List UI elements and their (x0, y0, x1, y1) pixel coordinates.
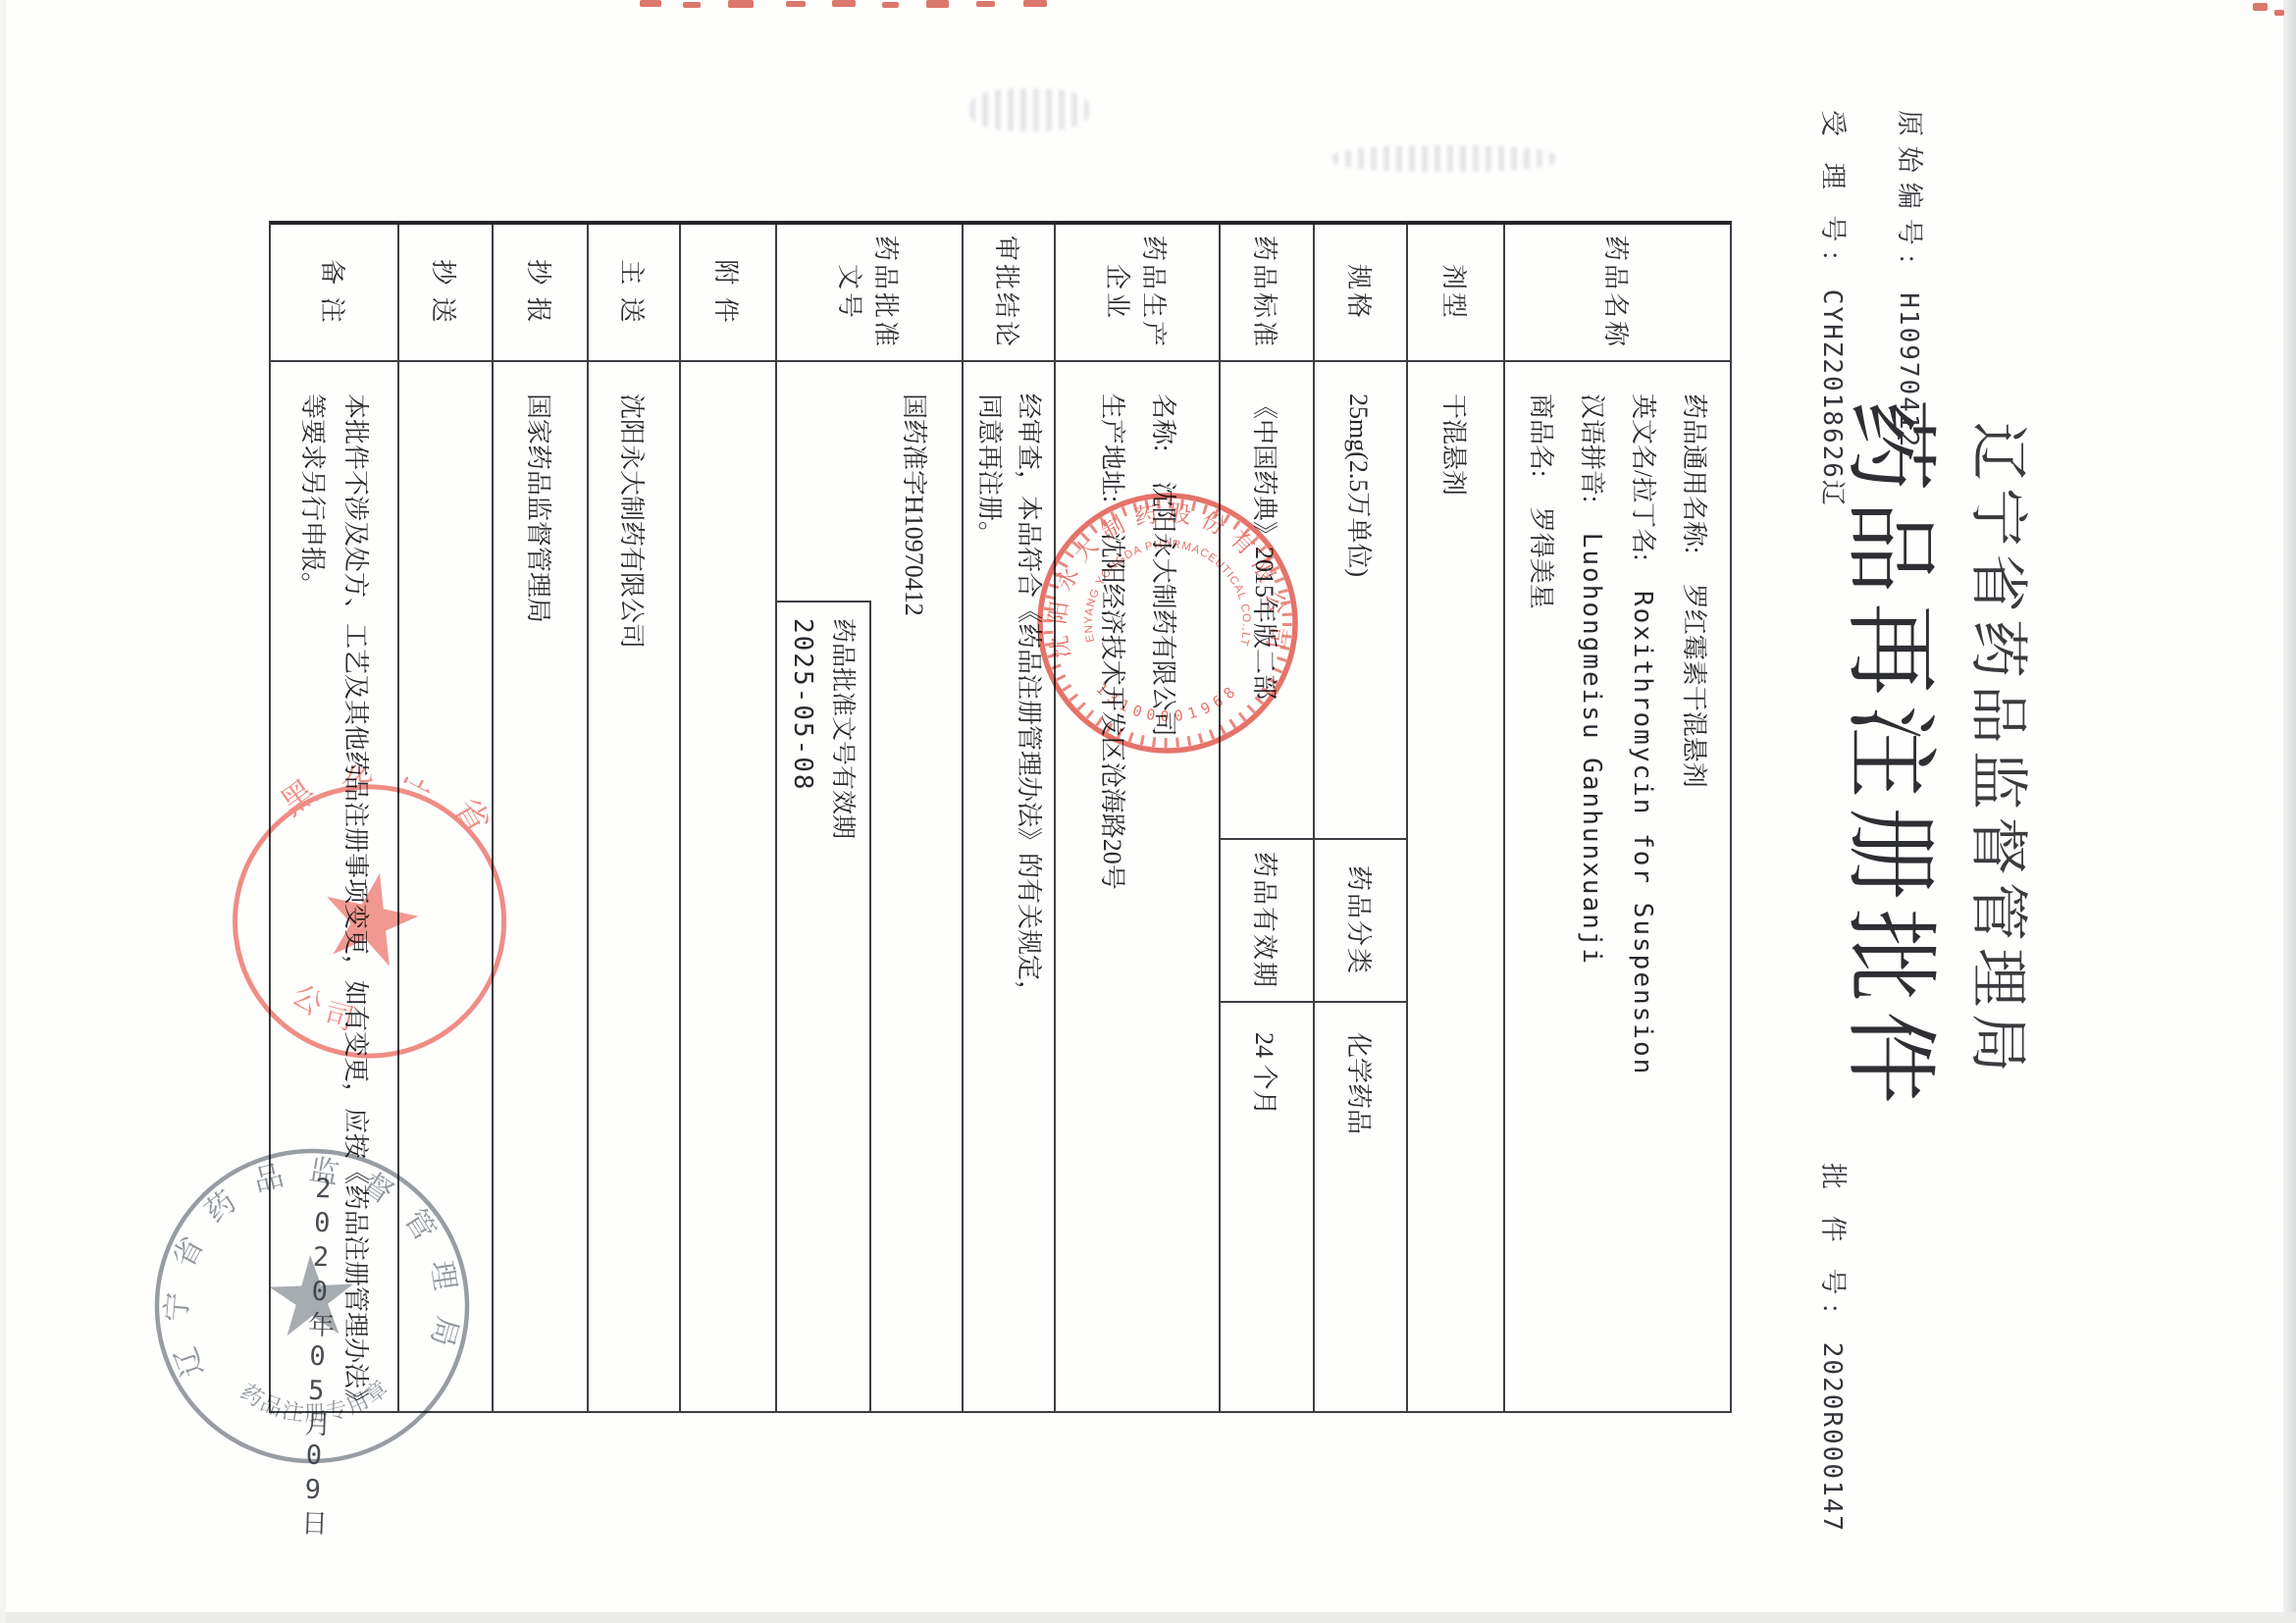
heilongjiang-seal-stamp: 黑龙江省 公司 (195, 745, 545, 1094)
red-ink-mark (976, 1, 995, 7)
red-ink-mark (2253, 3, 2268, 11)
pinyin-label: 汉语拼音: (1579, 393, 1607, 502)
row-label: 抄 送 (399, 225, 492, 362)
trade-name-value: 罗得美星 (1528, 507, 1556, 609)
generic-name-value: 罗红霉素干混悬剂 (1681, 584, 1709, 788)
row-label: 抄 报 (494, 225, 587, 362)
heilongjiang-seal-bottom-text: 公司 (282, 976, 370, 1040)
table-row-dosage-form: 剂型 干混悬剂 (1408, 225, 1505, 1411)
acceptance-number-line: 受 理 号: CYHZ2018626辽 (1816, 110, 1854, 507)
table-row-main-recipient: 主 送 沈阳永大制药有限公司 (589, 225, 681, 1411)
row-label: 药品标准 (1221, 225, 1313, 362)
classification-label: 药品分类 (1315, 838, 1406, 1003)
spec-value: 25mg(2.5万单位) (1315, 362, 1406, 838)
red-ink-mark (2274, 10, 2284, 16)
approval-number-validity-cell: 药品批准文号有效期 2025-05-08 (777, 601, 871, 1411)
red-ink-mark (728, 0, 754, 8)
row-label: 药品名称 (1505, 225, 1730, 362)
pinyin-line: 汉语拼音: Luohongmeisu Ganhunxuanji (1567, 393, 1618, 1411)
row-label: 附 件 (681, 225, 775, 362)
scanned-approval-certificate: 辽宁省药品监督管理局 原始编号: H10970412 药品再注册批件 受 理 号… (0, 0, 2296, 1623)
trade-name-label: 商品名: (1528, 393, 1556, 477)
generic-name-line: 药品通用名称: 罗红霉素干混悬剂 (1669, 393, 1720, 1411)
company-seal-stamp: 沈阳永大制药股份有限公司 SHENYANG YONGDA PHARMACEUTI… (1030, 486, 1305, 760)
approval-number-value: 2020R000147 (1817, 1342, 1847, 1533)
scan-smudge (969, 88, 1089, 131)
company-seal-cn-name: 沈阳永大制药股份有限公司 (1045, 500, 1290, 660)
approval-number-value-cell: 国药准字H10970412 (871, 362, 962, 1411)
validity-label: 药品有效期 (1221, 838, 1313, 1003)
approval-number-label: 批 件 号: (1818, 1163, 1848, 1322)
row-label: 药品批准文号 (777, 225, 962, 362)
row-value: 国药准字H10970412 药品批准文号有效期 2025-05-08 (777, 362, 962, 1411)
row-value: 沈阳永大制药有限公司 (589, 362, 679, 1411)
validity-value: 24 个月 (1221, 1003, 1313, 1410)
scan-smudge (1332, 145, 1556, 172)
svg-text:公司: 公司 (282, 976, 370, 1040)
acceptance-number-label: 受 理 号: (1818, 110, 1848, 269)
english-name-label: 英文名/拉丁名: (1630, 393, 1658, 560)
table-row-approval-number: 药品批准文号 国药准字H10970412 药品批准文号有效期 2025-05-0… (777, 225, 964, 1411)
table-row-manufacturer: 药品生产企业 名称: 沈阳永大制药有限公司 生产地址: 沈阳经济技术开发区沧海路… (1056, 225, 1221, 1411)
seal-star (316, 864, 426, 969)
row-label: 备 注 (271, 225, 397, 362)
rotated-document-page: 辽宁省药品监督管理局 原始编号: H10970412 药品再注册批件 受 理 号… (0, 0, 2296, 1623)
approval-number-line: 批 件 号: 2020R000147 (1816, 1163, 1854, 1533)
row-label: 剂型 (1408, 225, 1503, 362)
manufacturer-name-label: 名称: (1149, 393, 1177, 451)
red-ink-mark (683, 2, 701, 8)
table-row-drug-name: 药品名称 药品通用名称: 罗红霉素干混悬剂 英文名/拉丁名: Roxithrom… (1505, 225, 1730, 1411)
issuing-authority-title: 辽宁省药品监督管理局 (1960, 0, 2045, 1501)
classification-value: 化学药品 (1315, 1003, 1406, 1410)
red-ink-mark (832, 0, 856, 7)
red-ink-mark (926, 0, 949, 8)
svg-text:13100001968: 13100001968 (1092, 680, 1242, 725)
trade-name-line: 商品名: 罗得美星 (1516, 393, 1567, 1411)
row-value: 药品通用名称: 罗红霉素干混悬剂 英文名/拉丁名: Roxithromycin … (1505, 362, 1730, 1411)
approval-validity-label: 药品批准文号有效期 (822, 618, 861, 1411)
company-seal-code: 13100001968 (1092, 680, 1242, 725)
table-row-standard: 药品标准 《中国药典》2015年版二部 药品有效期 24 个月 (1221, 225, 1315, 1411)
row-label: 药品生产企业 (1056, 225, 1219, 362)
scan-edge-bottom (0, 1612, 2296, 1623)
table-row-conclusion: 审批结论 经审查，本品符合《药品注册管理办法》的有关规定， 同意再注册。 (964, 225, 1056, 1411)
table-row-attachment: 附 件 (681, 225, 777, 1411)
scan-edge-left (0, 0, 6, 1623)
table-row-spec: 规格 25mg(2.5万单位) 药品分类 化学药品 (1315, 225, 1408, 1411)
english-name-value: Roxithromycin for Suspension (1629, 591, 1658, 1075)
row-label: 审批结论 (964, 225, 1054, 362)
pinyin-value: Luohongmeisu Ganhunxuanji (1578, 533, 1607, 966)
scan-edge-right (2283, 0, 2296, 1623)
english-name-line: 英文名/拉丁名: Roxithromycin for Suspension (1618, 393, 1669, 1411)
acceptance-number-value: CYHZ2018626辽 (1817, 289, 1847, 507)
row-value (681, 362, 775, 1411)
row-label: 规格 (1315, 225, 1406, 362)
conclusion-line-2: 同意再注册。 (969, 393, 1009, 1411)
red-ink-mark (786, 1, 806, 7)
red-ink-mark (882, 2, 899, 8)
red-ink-mark (1023, 0, 1047, 7)
generic-name-label: 药品通用名称: (1681, 393, 1709, 553)
row-value: 干混悬剂 (1408, 362, 1503, 1411)
approval-validity-value: 2025-05-08 (783, 618, 822, 1411)
red-ink-mark (640, 0, 661, 7)
row-label: 主 送 (589, 225, 679, 362)
svg-text:沈阳永大制药股份有限公司: 沈阳永大制药股份有限公司 (1045, 500, 1290, 660)
